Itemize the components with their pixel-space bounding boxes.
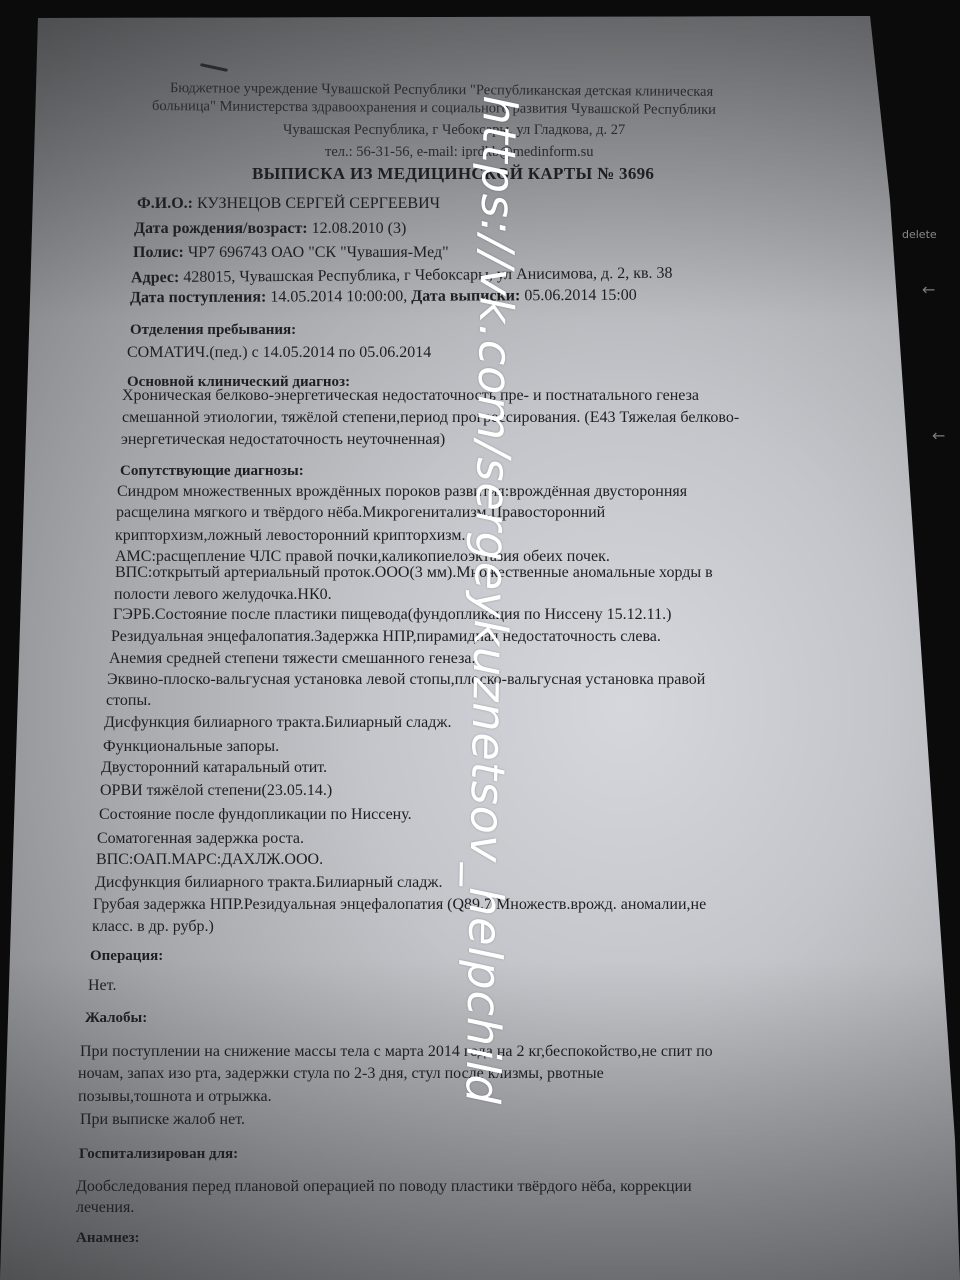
text-line: ВПС:открытый артериальный проток.ООО(3 м…: [115, 563, 713, 583]
document-title: ВЫПИСКА ИЗ МЕДИЦИНСКОЙ КАРТЫ № 3696: [252, 164, 654, 184]
text-line: Анемия средней степени тяжести смешанног…: [109, 649, 476, 669]
policy-label: Полис:: [133, 244, 184, 261]
text-line: Грубая задержка НПР.Резидуальная энцефал…: [93, 895, 706, 915]
text-line: класс. в др. рубр.): [92, 917, 214, 937]
text-line: Состояние после фундопликации по Ниссену…: [99, 805, 412, 825]
text-line: смешанной этиологии, тяжёлой степени,пер…: [122, 408, 739, 428]
address-value: 428015, Чувашская Республика, г Чебоксар…: [183, 265, 672, 286]
text-line: Хроническая белково-энергетическая недос…: [122, 386, 699, 406]
concomitant-heading: Сопутствующие диагнозы:: [120, 461, 304, 481]
text-line: позывы,тошнота и отрыжка.: [78, 1087, 272, 1107]
birth-row: Дата рождения/возраст: 12.08.2010 (3): [134, 219, 406, 239]
admission-label: Дата поступления:: [130, 289, 266, 307]
text-line: Эквино-плоско-вальгусная установка левой…: [107, 670, 705, 690]
hospitalized-for-heading: Госпитализирован для:: [79, 1144, 238, 1164]
birth-label: Дата рождения/возраст:: [134, 220, 308, 237]
pen-mark: [200, 63, 228, 72]
text-line: ВПС:ОАП.МАРС:ДАХЛЖ.ООО.: [96, 850, 323, 870]
address-row: Адрес: 428015, Чувашская Республика, г Ч…: [131, 264, 673, 289]
text-line: полости левого желудочка.НК0.: [114, 585, 332, 605]
anamnesis-heading: Анамнез:: [76, 1228, 140, 1248]
text-line: При выписке жалоб нет.: [80, 1110, 245, 1130]
policy-row: Полис: ЧР7 696743 ОАО "СК "Чувашия-Мед": [133, 243, 449, 263]
text-line: Двусторонний катаральный отит.: [101, 758, 327, 778]
text-line: Резидуальная энцефалопатия.Задержка НПР,…: [111, 627, 661, 647]
text-line: лечения.: [76, 1198, 134, 1218]
departments-value: СОМАТИЧ.(пед.) с 14.05.2014 по 05.06.201…: [127, 343, 431, 363]
birth-value: 12.08.2010 (3): [312, 220, 407, 237]
text-line: расщелина мягкого и твёрдого нёба.Микрог…: [116, 503, 605, 523]
text-line: Дисфункция билиарного тракта.Билиарный с…: [104, 713, 451, 733]
institution-line-2: больница" Министерства здравоохранения и…: [152, 96, 716, 120]
institution-contacts: тел.: 56-31-56, e-mail: iprdkb@medinform…: [325, 142, 594, 162]
address-label: Адрес:: [131, 269, 179, 286]
text-line: энергетическая недостаточность неуточнен…: [121, 430, 445, 450]
departments-heading: Отделения пребывания:: [130, 320, 296, 340]
operation-heading: Операция:: [90, 946, 163, 966]
text-line: ОРВИ тяжёлой степени(23.05.14.): [100, 781, 332, 801]
text-line: При поступлении на снижение массы тела с…: [80, 1042, 713, 1062]
text-line: крипторхизм,ложный левосторонний криптор…: [115, 526, 466, 546]
dates-row: Дата поступления: 14.05.2014 10:00:00, Д…: [130, 286, 637, 309]
text-line: Дообследования перед плановой операцией …: [76, 1177, 692, 1197]
text-line: Синдром множественных врождённых пороков…: [117, 482, 687, 502]
text-line: Функциональные запоры.: [103, 737, 279, 757]
policy-value: ЧР7 696743 ОАО "СК "Чувашия-Мед": [188, 244, 449, 261]
discharge-value: 05.06.2014 15:00: [524, 287, 637, 305]
patient-name-row: Ф.И.О.: КУЗНЕЦОВ СЕРГЕЙ СЕРГЕЕВИЧ: [137, 194, 440, 214]
text-line: стопы.: [106, 691, 151, 711]
complaints-heading: Жалобы:: [85, 1008, 147, 1028]
text-line: Соматогенная задержка роста.: [97, 829, 304, 849]
operation-value: Нет.: [88, 976, 116, 996]
institution-address: Чувашская Республика, г Чебоксары, ул Гл…: [283, 120, 625, 140]
text-line: Дисфункция билиарного тракта.Билиарный с…: [95, 873, 442, 893]
text-line: ГЭРБ.Состояние после пластики пищевода(ф…: [113, 605, 671, 625]
name-value: КУЗНЕЦОВ СЕРГЕЙ СЕРГЕЕВИЧ: [197, 195, 440, 212]
admission-value: 14.05.2014 10:00:00,: [270, 288, 407, 306]
text-line: ночам, запах изо рта, задержки стула по …: [78, 1064, 604, 1084]
name-label: Ф.И.О.:: [137, 195, 193, 212]
